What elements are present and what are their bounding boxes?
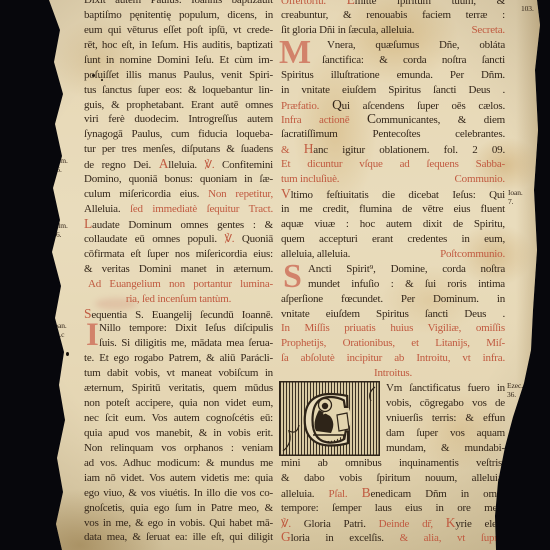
text-segment: & veritas Domini manet in æternum. — [84, 263, 273, 275]
text-segment: Non repetitur, — [208, 188, 273, 200]
text-segment: mitte ſpiritum tuum, & — [355, 0, 505, 7]
note-ioan-7: Ioan.7. — [508, 189, 523, 206]
text-line: Nillo tempore: Dixit Ieſus diſcipulis — [99, 321, 273, 336]
text-segment: lleluia. — [168, 159, 204, 171]
text-segment: Vnera, quæſumus Dñe, obláta — [327, 39, 505, 51]
text-line: mundet infuſio : & ſui roris intima — [308, 277, 505, 292]
text-segment: iam nō videt. Vos autem videtis me: quia — [84, 472, 273, 484]
text-line: ad vos. Adhuc modicum: & mundus me — [84, 456, 273, 471]
text-segment: culum miſericordia eius. — [84, 188, 208, 200]
text-segment: æternum, Spiritū veritatis, quem mūdus — [84, 382, 273, 394]
right-column: Offertoriū. Emitte ſpiritum tuum, &creab… — [281, 0, 505, 550]
text-segment: viri ferè duodecim. Introgreſſus autem — [84, 113, 273, 125]
text-segment: alleluia. — [281, 488, 329, 500]
text-line: vnitate eiuſdem Spiritus ſancti Deus . — [281, 307, 505, 322]
text-line: viri ferè duodecim. Introgreſſus autem — [84, 112, 273, 127]
text-line: vniuerſis terris: & effun — [386, 411, 505, 426]
text-segment: collaudate eū omnes populi. — [84, 233, 224, 245]
text-segment: ℣. — [205, 159, 215, 171]
text-segment: ommunicantes, & diem — [376, 114, 505, 126]
text-line: poſuiſſet illis manus Paulus, venit Spir… — [84, 68, 273, 83]
margin-note-line: 14.c — [52, 331, 67, 340]
text-line: Prophetijs, Orationibus, et Litanijs, Mi… — [281, 336, 505, 351]
text-line: Dixit autem Paulus: Ioannis baptizauit — [84, 0, 273, 8]
text-segment: Non relinquam vos orphanos : veniam — [84, 442, 273, 454]
text-segment: ſa abſolutè incipitur ab Introitu, vt in… — [281, 352, 505, 364]
text-segment: Dixit autem Paulus: Ioannis baptizauit — [84, 0, 273, 6]
text-segment: G — [281, 529, 291, 544]
text-line: guis, & prophetabant. Erant autē omnes — [84, 98, 273, 113]
worm-hole — [58, 430, 60, 433]
text-segment: ego viuo, & vos viuétis. In illo die vos… — [84, 487, 273, 499]
text-segment: yrie eleiſ. — [455, 518, 505, 530]
text-segment: H — [304, 141, 314, 156]
text-line: de regno Dei. Alleluia. ℣. Confitemini — [84, 157, 273, 172]
text-line: Sequentia S. Euangelij ſecundū Ioannē. — [84, 307, 273, 322]
text-line: vobis, cōgregabo vos de — [386, 396, 505, 411]
text-line: quem accepturi erant credentes in eum, — [281, 232, 505, 247]
text-line: & dabo vobis ſpiritum nouum, alleluia, — [281, 471, 505, 486]
text-segment: V — [281, 186, 291, 201]
text-segment: Præfatio. — [281, 100, 332, 112]
text-segment: Deinde dr̃, — [379, 518, 446, 530]
text-segment: & — [281, 144, 304, 156]
text-line: rēt, hoc eſt, in Ieſum. His auditis, bap… — [84, 38, 273, 53]
text-line: iam nō videt. Vos autem videtis me: quia — [84, 471, 273, 486]
text-line: ria, ſed incenſum tantùm. — [84, 292, 273, 307]
text-segment: vobis, cōgregabo vos de — [386, 397, 505, 409]
text-segment: Prophetijs, Orationibus, et Litanijs, Mi… — [281, 337, 505, 349]
text-segment: de regno Dei. — [84, 159, 159, 171]
text-segment: & dabo vobis ſpiritum nouum, alleluia, — [281, 472, 505, 484]
text-segment: ad vos. Adhuc modicum: & mundus me — [84, 457, 273, 469]
text-line: ſa abſolutè incipitur ab Introitu, vt in… — [281, 351, 505, 366]
ink-blot — [42, 277, 61, 294]
text-segment: Confitemini — [214, 159, 273, 171]
text-line: culum miſericordia eius. Non repetitur, — [84, 187, 273, 202]
text-line: ℣. Gloria Patri. Deinde dr̃, Kyrie eleiſ… — [281, 516, 505, 531]
text-segment: tus ſanctus ſuper eos: & loquebantur lin… — [84, 84, 273, 96]
text-line: Alleluia. ſed immediatè ſequitur Tract. — [84, 202, 273, 217]
margin-note-line: 103. — [521, 5, 534, 14]
text-segment: ſuis. Si diligitis me, mādata mea ſerua- — [99, 337, 273, 349]
worm-hole — [66, 352, 69, 356]
text-line: tus ſanctus ſuper eos: & loquebantur lin… — [84, 83, 273, 98]
text-segment: Quoniā — [234, 233, 273, 245]
text-line: Domino, quoniā bonus: quoniam in ſæ- — [84, 172, 273, 187]
text-segment: Ancti Spirit⁹, Domine, corda noſtra — [308, 263, 505, 275]
text-line: ſanctifica: & corda noſtra ſancti — [322, 53, 505, 68]
text-line: Spiritus illuſtratione emunda. Per Dñm. — [281, 68, 505, 83]
text-segment: tum dabit vobis, vt maneat vobiſcum in — [84, 367, 273, 379]
text-line: Ad Euangelium non portantur lumina- — [88, 277, 273, 292]
text-segment: audate Dominum omnes gentes : & — [92, 219, 273, 231]
text-segment: creabuntur, & renouabis faciem terræ : — [281, 9, 505, 21]
text-segment: Q — [332, 97, 342, 112]
text-line: non poteſt accipere, quia non videt eum, — [84, 396, 273, 411]
text-line: ſynagogā Paulus, cum fiducia loqueba- — [84, 127, 273, 142]
text-segment: Et dicuntur vſque ad ſequens Sabba- — [281, 158, 505, 170]
note-psalm-106: Pſalm.106. — [49, 157, 68, 174]
text-line: Et dicuntur vſque ad ſequens Sabba- — [281, 157, 505, 172]
text-line: Præfatio. Qui aſcendens ſuper oēs cælos. — [281, 98, 505, 113]
text-segment: In Miſſis priuatis huius Vigiliæ, omiſſi… — [281, 322, 505, 334]
text-segment: tum incluſiuè. — [281, 172, 339, 187]
photo-background: C Dixit autem Paulus: Ioannis baptizauit… — [0, 0, 550, 550]
text-line: in me credit, flumina de vētre eius flue… — [281, 202, 505, 217]
text-segment: ui aſcendens ſuper oēs cælos. — [342, 100, 505, 112]
book-page: C Dixit autem Paulus: Ioannis baptizauit… — [0, 0, 550, 550]
text-line: quia apud vos manebit, & in vobis erit. — [84, 426, 273, 441]
margin-note-line: 116. — [49, 231, 68, 240]
text-line: Infra actionē Communicantes, & diem — [281, 112, 505, 127]
text-segment: dam ſuper vos aquam — [386, 427, 505, 439]
margin-note-line: 106. — [49, 166, 68, 175]
ink-blot — [39, 84, 51, 94]
text-segment: aſperſione fœcundet. Per Dominum. in — [281, 293, 505, 305]
text-segment: Offertoriū. — [281, 0, 347, 7]
illuminated-initial-S: S — [283, 260, 302, 294]
margin-note-line: 36. — [507, 391, 523, 400]
text-line: ſacratiſſimum Pentecoſtes celebrantes. — [281, 127, 505, 142]
text-segment: guis, & prophetabant. Erant autē omnes — [84, 99, 273, 111]
note-ps-33: Pſ.33. — [504, 487, 521, 496]
text-segment: enedicam Dñm in omni — [370, 488, 505, 500]
text-segment: vniuerſis terris: & effun — [386, 412, 505, 424]
text-segment: mundet infuſio : & ſui roris intima — [308, 278, 505, 290]
text-line: In Miſſis priuatis huius Vigiliæ, omiſſi… — [281, 321, 505, 336]
text-line: nec ſcit eum. Vos autem cognoſcétis eū: — [84, 411, 273, 426]
text-segment: ſynagogā Paulus, cum fiducia loqueba- — [84, 128, 273, 140]
text-segment: tempore: ſemper laus eius in ore meo. — [281, 502, 505, 514]
text-segment: tur per tres menſes, diſputans & ſuadens — [84, 143, 273, 155]
text-line: Vltimo feſtiuitatis die dicebat Ieſus: Q… — [281, 187, 505, 202]
text-line: tur per tres menſes, diſputans & ſuadens — [84, 142, 273, 157]
text-line: aſperſione fœcundet. Per Dominum. in — [281, 292, 505, 307]
note-psalm-116: Pſalm.116. — [49, 222, 68, 239]
text-segment: quem accepturi erant credentes in eum, — [281, 233, 505, 245]
text-segment: gnoſcetis, quia ego ſum in Patre meo, & — [84, 502, 273, 514]
note-psal-103: 103. — [521, 5, 534, 14]
text-line: dam ſuper vos aquam — [386, 426, 505, 441]
text-line: te. Et ego rogabo Patrem, & aliū Parácli… — [84, 351, 273, 366]
text-segment: Ad Euangelium non portantur lumina- — [88, 278, 273, 290]
text-line: ſit gloria Dñi in ſæcula, alleluia.Secre… — [281, 23, 505, 38]
text-segment: equentia S. Euangelij ſecundū Ioannē. — [91, 309, 273, 321]
text-segment: Domino, quoniā bonus: quoniam in ſæ- — [84, 173, 273, 185]
margin-note-line: 7. — [508, 198, 523, 207]
text-segment: L — [84, 216, 92, 231]
margin-note-line: Pſ.33. — [504, 487, 521, 496]
text-segment: loria in excelſis. — [291, 532, 400, 544]
left-column: Dixit autem Paulus: Ioannis baptizauitba… — [84, 0, 273, 550]
text-segment: Alleluia. — [84, 203, 130, 215]
text-line: Gloria in excelſis. & alia, vt ſupra. — [281, 530, 505, 545]
text-line: Non relinquam vos orphanos : veniam — [84, 441, 273, 456]
text-segment: ſacratiſſimum Pentecoſtes celebrantes. — [281, 128, 505, 140]
text-line: tum dabit vobis, vt maneat vobiſcum in — [84, 366, 273, 381]
text-line: cōfirmata eſt ſuper nos miſericordia eiu… — [84, 247, 273, 262]
text-line: Vnera, quæſumus Dñe, obláta — [327, 38, 505, 53]
text-line: mini ab omnibus inquinamentis veſtris: — [281, 456, 505, 471]
text-segment: ſed immediatè ſequitur Tract. — [130, 203, 273, 215]
text-segment: K — [446, 515, 456, 530]
text-line: Offertoriū. Emitte ſpiritum tuum, & — [281, 0, 505, 8]
text-segment: anc igitur oblationem. fol. 2 09. — [313, 144, 505, 156]
text-line: Vm ſanctificatus fuero in — [386, 381, 505, 396]
text-segment: mini ab omnibus inquinamentis veſtris: — [281, 457, 505, 469]
note-ioan-14: Ioan.14.c — [52, 322, 67, 339]
text-segment: Secreta. — [471, 23, 505, 38]
text-segment: in me credit, flumina de vētre eius flue… — [281, 203, 505, 215]
text-segment: E — [347, 0, 355, 7]
text-segment: in vnitate eiuſdem Spiritus ſancti Deus … — [281, 84, 505, 96]
text-segment: aquæ viuæ : hoc autem dixit de Spiritu, — [281, 218, 505, 230]
text-segment: eum qui vēturus eſſet poſt ipſū, vt cred… — [84, 24, 273, 36]
text-line: & veritas Domini manet in æternum. — [84, 262, 273, 277]
text-segment: C — [367, 111, 376, 126]
text-line: collaudate eū omnes populi. ℣. Quoniā — [84, 232, 273, 247]
text-line: baptiſmo pęnitentię populum, dicens, in — [84, 8, 273, 23]
text-line: æternum, Spiritū veritatis, quem mūdus — [84, 381, 273, 396]
illuminated-initial-I: I — [86, 319, 99, 352]
text-line: creabuntur, & renouabis faciem terræ : — [281, 8, 505, 23]
text-segment: Nillo tempore: Dixit Ieſus diſcipulis — [99, 322, 273, 334]
text-segment: vos in me, & ego in vobis. Qui habet mā- — [84, 517, 273, 529]
note-ezec-36: Ezec.36. — [507, 382, 523, 399]
text-line: ſunt in nomine Domini Ieſu. Et cùm im- — [84, 53, 273, 68]
text-segment: ſunt in nomine Domini Ieſu. Et cùm im- — [84, 54, 273, 66]
illuminated-initial-M: M — [279, 36, 311, 70]
text-segment: Gloria Patri. — [291, 518, 379, 530]
text-segment: baptiſmo pęnitentię populum, dicens, in — [84, 9, 273, 21]
text-segment: cōfirmata eſt ſuper nos miſericordia eiu… — [84, 248, 273, 260]
text-segment: Infra actionē — [281, 114, 367, 126]
text-segment: te. Et ego rogabo Patrem, & aliū Parácli… — [84, 352, 273, 364]
text-segment: quia apud vos manebit, & in vobis erit. — [84, 427, 273, 439]
text-segment: data mea, & ſeruat ea: ille eſt, qui dil… — [84, 531, 273, 543]
text-line: data mea, & ſeruat ea: ille eſt, qui dil… — [84, 530, 273, 545]
text-segment: & alia, vt ſupra. — [400, 532, 505, 544]
margin-note-line: Pſalm. — [49, 157, 68, 166]
text-line: in vnitate eiuſdem Spiritus ſancti Deus … — [281, 83, 505, 98]
text-line: & Hanc igitur oblationem. fol. 2 09. — [281, 142, 505, 157]
text-line: mundam, & mundabi- — [386, 441, 505, 456]
text-line: ſuis. Si diligitis me, mādata mea ſerua- — [99, 336, 273, 351]
text-line: tum incluſiuè.Communio. — [281, 172, 505, 187]
text-segment: non poteſt accipere, quia non videt eum, — [84, 397, 273, 409]
text-line: Laudate Dominum omnes gentes : & — [84, 217, 273, 232]
text-line: eum qui vēturus eſſet poſt ipſū, vt cred… — [84, 23, 273, 38]
text-segment: Pſal. — [329, 488, 362, 500]
text-segment: poſuiſſet illis manus Paulus, venit Spir… — [84, 69, 273, 81]
text-segment: nec ſcit eum. Vos autem cognoſcétis eū: — [84, 412, 273, 424]
text-line: alleluia. Pſal. Benedicam Dñm in omni — [281, 486, 505, 501]
text-segment: ſanctifica: & corda noſtra ſancti — [322, 54, 505, 66]
text-segment: ria, ſed incenſum tantùm. — [126, 293, 231, 305]
text-segment: mundam, & mundabi- — [386, 442, 505, 454]
text-segment: ltimo feſtiuitatis die dicebat Ieſus: Qu… — [291, 189, 505, 201]
text-segment: Poſtcommunio. — [440, 247, 505, 262]
text-line: aquæ viuæ : hoc autem dixit de Spiritu, — [281, 217, 505, 232]
text-segment: vnitate eiuſdem Spiritus ſancti Deus . — [281, 308, 505, 320]
text-segment: ℣. — [281, 518, 291, 530]
text-segment: Introitus. — [374, 367, 412, 379]
text-line: alleluia, alleluia.Poſtcommunio. — [281, 247, 505, 262]
text-line: Ancti Spirit⁹, Domine, corda noſtra — [308, 262, 505, 277]
text-line: ego viuo, & vos viuétis. In illo die vos… — [84, 486, 273, 501]
text-segment: Communio. — [455, 172, 505, 187]
text-line: tempore: ſemper laus eius in ore meo. — [281, 501, 505, 516]
text-line: Introitus. — [281, 366, 505, 381]
text-segment: Vm ſanctificatus fuero in — [386, 382, 505, 394]
text-segment: Spiritus illuſtratione emunda. Per Dñm. — [281, 69, 505, 81]
text-segment: ℣. — [224, 233, 234, 245]
text-line: gnoſcetis, quia ego ſum in Patre meo, & — [84, 501, 273, 516]
text-segment: A — [159, 156, 169, 171]
text-segment: rēt, hoc eſt, in Ieſum. His auditis, bap… — [84, 39, 273, 51]
text-line: vos in me, & ego in vobis. Qui habet mā- — [84, 516, 273, 531]
